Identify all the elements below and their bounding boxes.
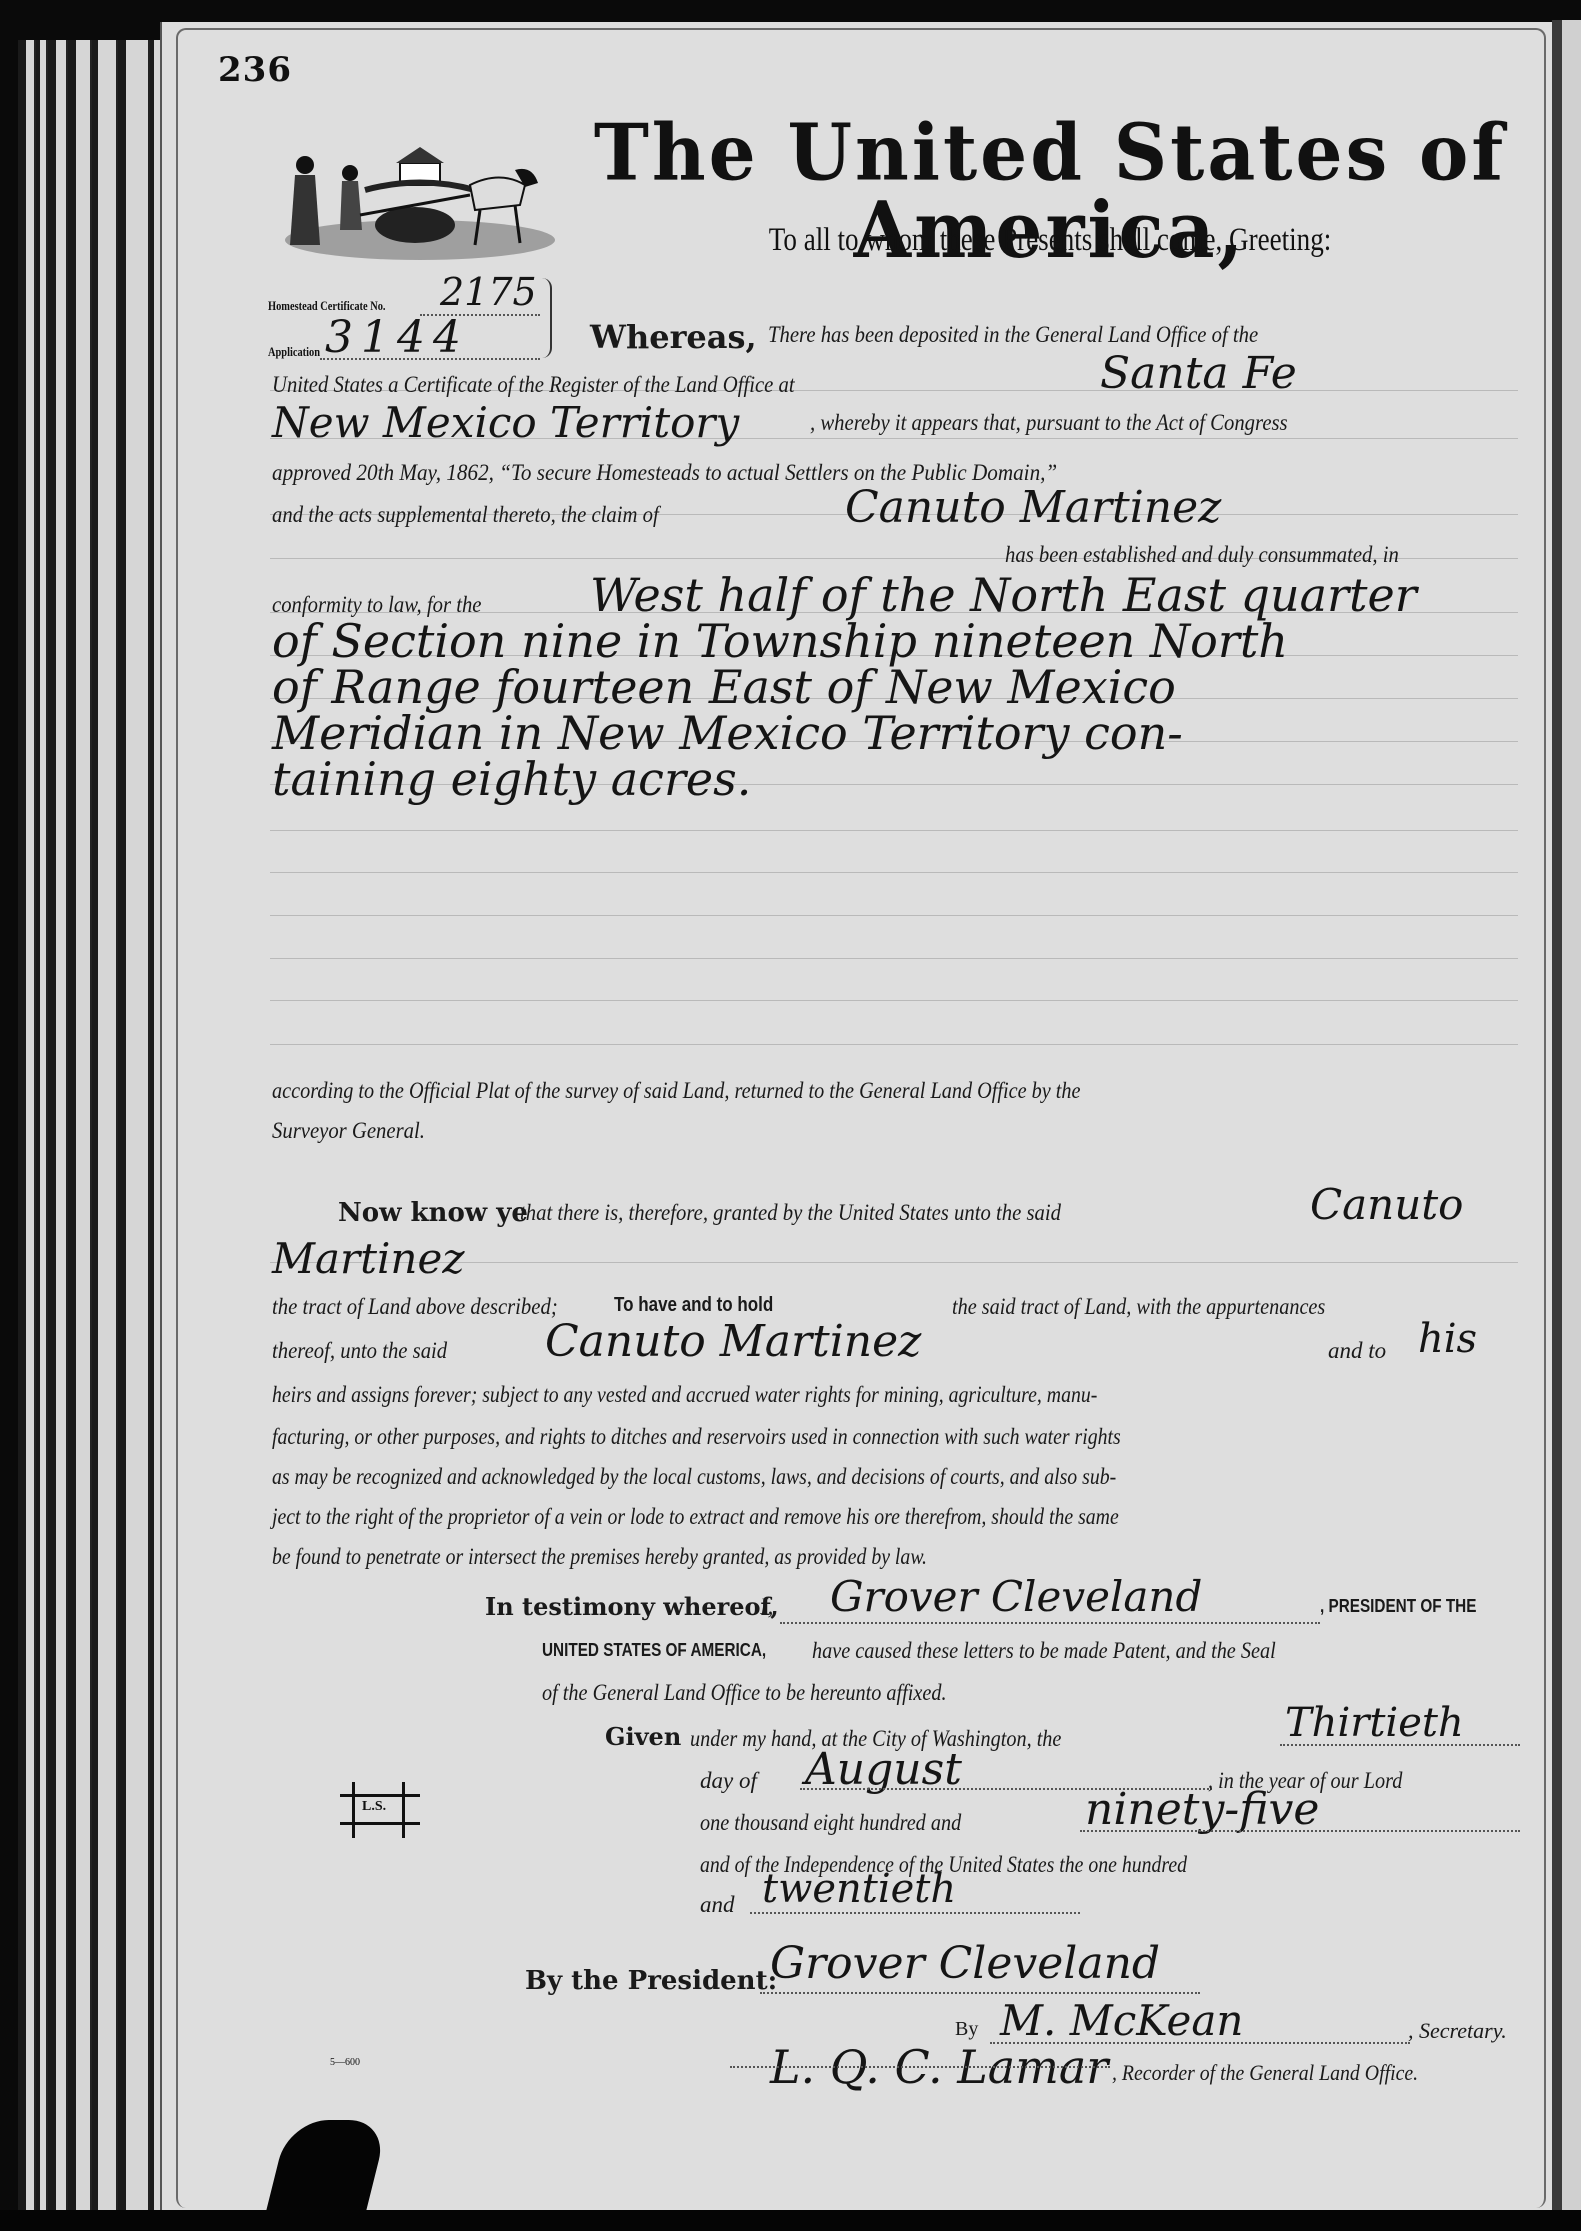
application-label: Application — [268, 344, 320, 360]
form-code: 5—600 — [330, 2057, 360, 2068]
one-thousand-text: one thousand eight hundred and — [700, 1810, 961, 1836]
rights-line-3: as may be recognized and acknowledged by… — [272, 1464, 1116, 1490]
page-leaf — [76, 40, 92, 2210]
page-leaf — [126, 40, 150, 2210]
now-know-ye-text: that there is, therefore, granted by the… — [520, 1200, 1061, 1226]
president-signature: Grover Cleveland — [770, 1938, 1160, 1989]
grantee-full-name: Canuto Martinez — [545, 1316, 921, 1367]
ruled-line — [270, 958, 1518, 959]
letters-patent-text: have caused these letters to be made Pat… — [812, 1638, 1276, 1664]
testimony-heading: In testimony whereof, — [485, 1592, 779, 1621]
page-binding-edge — [1552, 20, 1562, 2210]
rights-line-5: be found to penetrate or intersect the p… — [272, 1544, 927, 1570]
thereof-text: thereof, unto the said — [272, 1338, 447, 1364]
whereas-text-line-3: , whereby it appears that, pursuant to t… — [810, 410, 1288, 436]
dotted-line — [730, 2066, 1110, 2068]
farm-scene-engraving-icon — [270, 135, 560, 265]
page-leaf — [40, 40, 48, 2210]
secretary-signature: M. McKean — [1000, 1996, 1243, 2045]
given-year: ninety-five — [1085, 1784, 1319, 1835]
united-states-caps: UNITED STATES OF AMERICA, — [542, 1640, 766, 1661]
rights-line-4: ject to the right of the proprietor of a… — [272, 1504, 1119, 1530]
seal-label: L.S. — [362, 1799, 386, 1815]
independence-year: twentieth — [762, 1866, 956, 1912]
dotted-line — [1080, 1830, 1520, 1832]
president-title: , PRESIDENT OF THE — [1320, 1596, 1476, 1617]
given-heading: Given — [605, 1722, 681, 1751]
adjacent-page-edge — [1562, 20, 1581, 2210]
consummated-text: has been established and duly consummate… — [1005, 542, 1399, 568]
rights-line-2: facturing, or other purposes, and rights… — [272, 1424, 1121, 1450]
page-number: 236 — [218, 50, 292, 90]
by-label: By — [955, 2018, 978, 2041]
official-plat-text: according to the Official Plat of the su… — [272, 1078, 1081, 1104]
ruled-line — [270, 830, 1518, 831]
page-leaf — [26, 40, 36, 2210]
now-know-ye-heading: Now know ye — [338, 1198, 528, 1228]
by-the-president-heading: By the President: — [525, 1966, 777, 1996]
homestead-certificate-number: 2175 — [440, 270, 537, 314]
dotted-line — [750, 1912, 1080, 1914]
seal-affixed-text: of the General Land Office to be hereunt… — [542, 1680, 947, 1706]
recorder-title: , Recorder of the General Land Office. — [1112, 2060, 1418, 2086]
president-name-testimony: Grover Cleveland — [830, 1572, 1202, 1621]
to-have-and-to-hold-text: To have and to hold — [614, 1294, 773, 1317]
and-text: and — [700, 1892, 735, 1918]
claimant-name: Canuto Martinez — [845, 482, 1221, 533]
dotted-line — [780, 1622, 1320, 1624]
rights-line-1: heirs and assigns forever; subject to an… — [272, 1382, 1097, 1408]
page-stack-edges — [18, 40, 168, 2210]
grantee-first-name: Canuto — [1310, 1180, 1463, 1229]
ruled-line — [270, 915, 1518, 916]
page-leaf — [98, 40, 118, 2210]
land-office-location: Santa Fe — [1100, 348, 1297, 399]
whereas-text-line-2: United States a Certificate of the Regis… — [272, 372, 795, 398]
ruled-line — [270, 1044, 1518, 1045]
territory-name: New Mexico Territory — [272, 398, 739, 447]
tract-text: the tract of Land above described; — [272, 1294, 558, 1320]
grantee-last-name: Martinez — [272, 1234, 464, 1283]
ruled-line — [270, 872, 1518, 873]
dotted-line — [760, 1992, 1200, 1994]
appurtenances-text: the said tract of Land, with the appurte… — [952, 1294, 1325, 1320]
seal-placeholder: L.S. — [340, 1782, 420, 1838]
dotted-line — [1280, 1744, 1520, 1746]
day-of-text: day of — [700, 1768, 757, 1794]
scan-bottom-edge — [0, 2210, 1581, 2231]
and-to-text: and to — [1328, 1338, 1386, 1364]
greeting-subtitle: To all to whom these Presents shall come… — [714, 222, 1386, 259]
ruled-line — [270, 1000, 1518, 1001]
testimony-i: I, — [760, 1594, 773, 1620]
land-description-line-5: taining eighty acres. — [272, 752, 751, 806]
pronoun: his — [1418, 1316, 1477, 1362]
whereas-heading: Whereas, — [590, 318, 757, 356]
secretary-title: , Secretary. — [1408, 2018, 1507, 2044]
surveyor-general-text: Surveyor General. — [272, 1118, 425, 1144]
given-day: Thirtieth — [1285, 1700, 1464, 1746]
whereas-text-line-1: There has been deposited in the General … — [768, 322, 1258, 348]
application-number: 3144 — [325, 312, 469, 363]
claim-text: and the acts supplemental thereto, the c… — [272, 502, 659, 528]
page-leaf — [56, 40, 68, 2210]
